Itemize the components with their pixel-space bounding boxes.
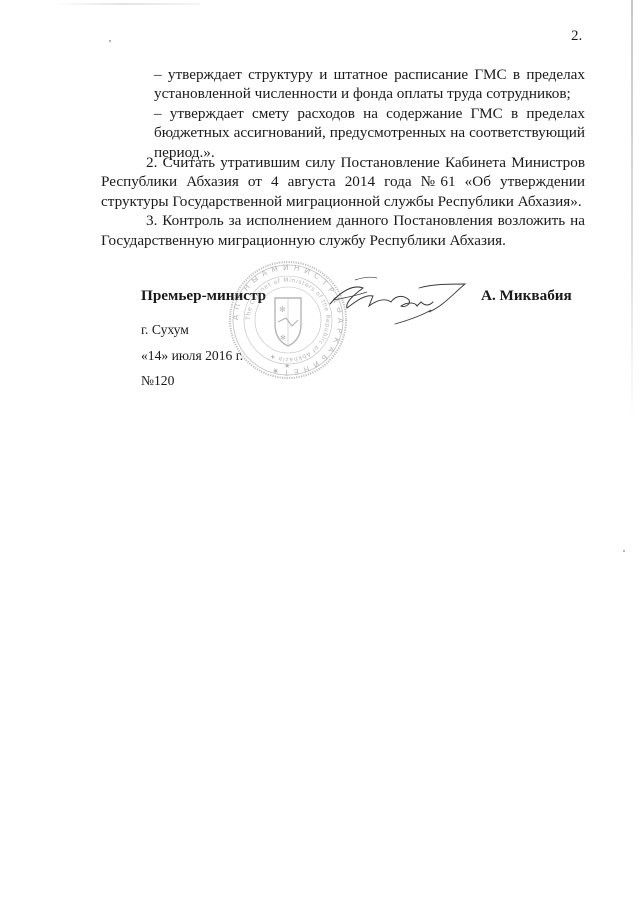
page-number: 2. bbox=[571, 28, 582, 45]
handwritten-signature-icon bbox=[325, 272, 475, 332]
paragraph-3: 3. Контроль за исполнением данного Поста… bbox=[101, 211, 585, 250]
document-city: г. Сухум bbox=[141, 322, 189, 338]
svg-text:✻: ✻ bbox=[280, 334, 286, 342]
scan-artifact-right-edge bbox=[631, 0, 633, 420]
list-item: – утверждает структуру и штатное расписа… bbox=[154, 65, 585, 104]
paragraph-2: 2. Считать утратившим силу Постановление… bbox=[101, 153, 585, 211]
document-number: №120 bbox=[141, 373, 174, 389]
scan-speck bbox=[109, 40, 111, 42]
list-block: – утверждает структуру и штатное расписа… bbox=[154, 65, 585, 162]
svg-text:★: ★ bbox=[284, 362, 290, 370]
main-paragraphs: 2. Считать утратившим силу Постановление… bbox=[101, 153, 585, 250]
scan-speck bbox=[623, 550, 625, 552]
signatory-name: А. Миквабия bbox=[481, 287, 572, 305]
scan-artifact-top bbox=[50, 3, 200, 5]
svg-text:✻: ✻ bbox=[279, 305, 286, 314]
